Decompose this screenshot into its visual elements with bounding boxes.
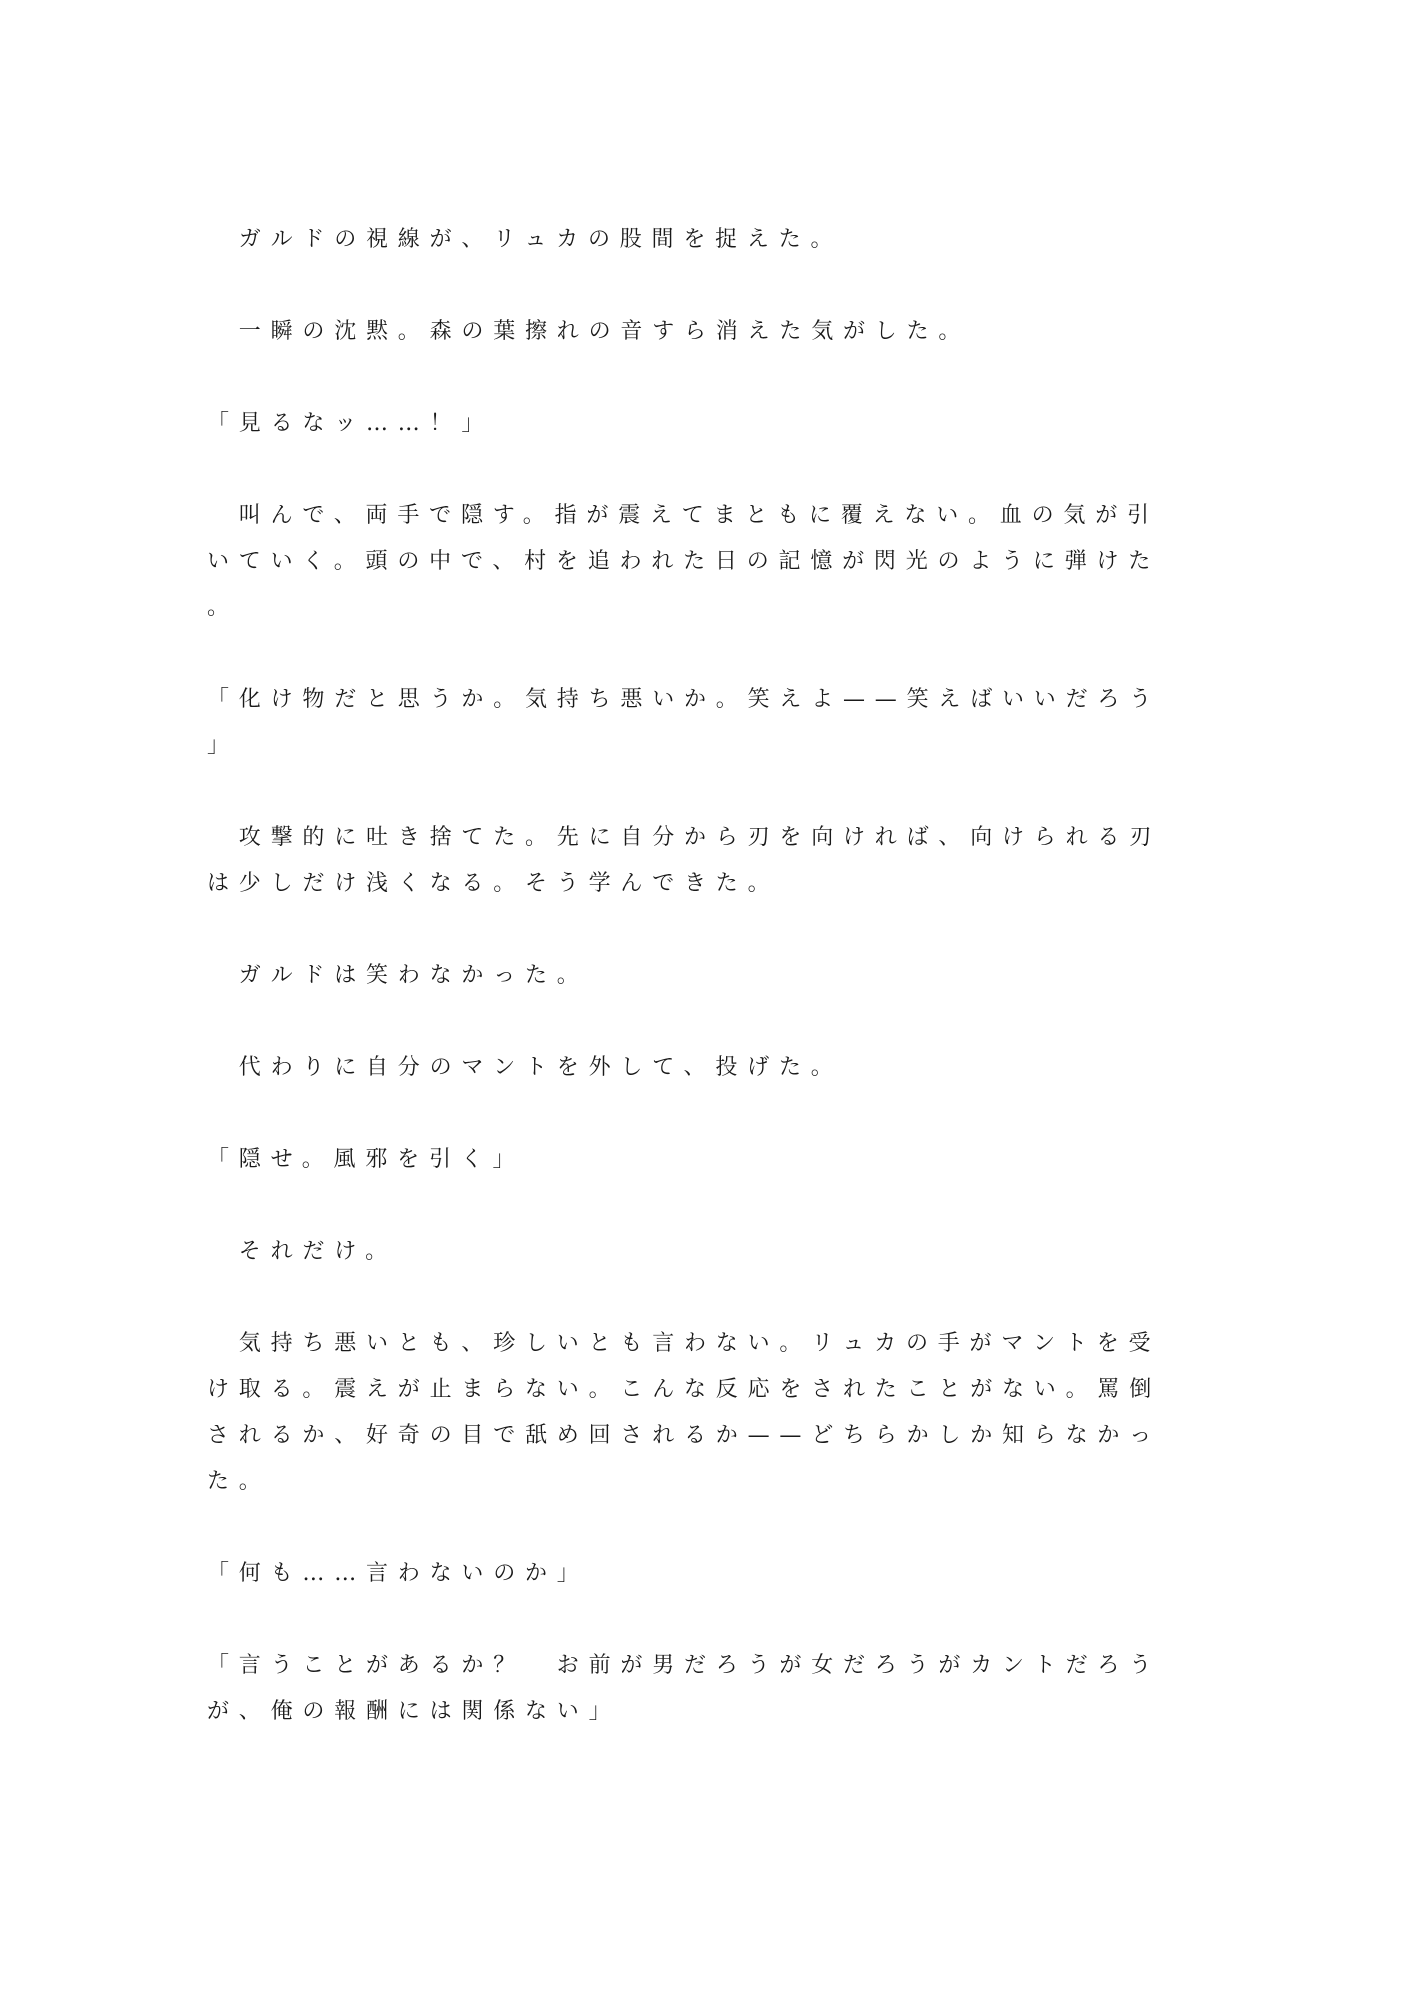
paragraph: 叫んで、両手で隠す。指が震えてまともに覆えない。血の気が引 いていく。頭の中で、… bbox=[207, 493, 1187, 631]
paragraph: 気持ち悪いとも、珍しいとも言わない。リュカの手がマントを受 け取る。震えが止まら… bbox=[207, 1321, 1187, 1505]
text-line: ガルドは笑わなかった。 bbox=[207, 953, 1187, 999]
paragraph: 攻撃的に吐き捨てた。先に自分から刃を向ければ、向けられる刃 は少しだけ浅くなる。… bbox=[207, 815, 1187, 907]
paragraph: それだけ。 bbox=[207, 1229, 1187, 1275]
dialogue-paragraph: 「隠せ。風邪を引く」 bbox=[207, 1137, 1187, 1183]
text-line: いていく。頭の中で、村を追われた日の記憶が閃光のように弾けた bbox=[207, 539, 1187, 585]
text-line: 」 bbox=[207, 723, 1187, 769]
paragraph: 代わりに自分のマントを外して、投げた。 bbox=[207, 1045, 1187, 1091]
paragraph: 一瞬の沈黙。森の葉擦れの音すら消えた気がした。 bbox=[207, 309, 1187, 355]
dialogue-paragraph: 「言うことがあるか？ お前が男だろうが女だろうがカントだろう が、俺の報酬には関… bbox=[207, 1643, 1187, 1735]
text-line: それだけ。 bbox=[207, 1229, 1187, 1275]
text-line: 「言うことがあるか？ お前が男だろうが女だろうがカントだろう bbox=[207, 1643, 1187, 1689]
text-line: け取る。震えが止まらない。こんな反応をされたことがない。罵倒 bbox=[207, 1367, 1187, 1413]
text-line: 「何も……言わないのか」 bbox=[207, 1551, 1187, 1597]
text-line: は少しだけ浅くなる。そう学んできた。 bbox=[207, 861, 1187, 907]
text-line: 攻撃的に吐き捨てた。先に自分から刃を向ければ、向けられる刃 bbox=[207, 815, 1187, 861]
dialogue-paragraph: 「化け物だと思うか。気持ち悪いか。笑えよ——笑えばいいだろう 」 bbox=[207, 677, 1187, 769]
text-line: 一瞬の沈黙。森の葉擦れの音すら消えた気がした。 bbox=[207, 309, 1187, 355]
text-line: た。 bbox=[207, 1459, 1187, 1505]
document-page: ガルドの視線が、リュカの股間を捉えた。 一瞬の沈黙。森の葉擦れの音すら消えた気が… bbox=[0, 0, 1415, 2000]
text-line: 叫んで、両手で隠す。指が震えてまともに覆えない。血の気が引 bbox=[207, 493, 1187, 539]
text-line: されるか、好奇の目で舐め回されるか——どちらかしか知らなかっ bbox=[207, 1413, 1187, 1459]
text-line: ガルドの視線が、リュカの股間を捉えた。 bbox=[207, 217, 1187, 263]
text-line: 気持ち悪いとも、珍しいとも言わない。リュカの手がマントを受 bbox=[207, 1321, 1187, 1367]
text-line: 「隠せ。風邪を引く」 bbox=[207, 1137, 1187, 1183]
dialogue-paragraph: 「見るなッ……！」 bbox=[207, 401, 1187, 447]
text-line: 「見るなッ……！」 bbox=[207, 401, 1187, 447]
paragraph: ガルドは笑わなかった。 bbox=[207, 953, 1187, 999]
body-text: ガルドの視線が、リュカの股間を捉えた。 一瞬の沈黙。森の葉擦れの音すら消えた気が… bbox=[207, 217, 1187, 1781]
dialogue-paragraph: 「何も……言わないのか」 bbox=[207, 1551, 1187, 1597]
text-line: 「化け物だと思うか。気持ち悪いか。笑えよ——笑えばいいだろう bbox=[207, 677, 1187, 723]
text-line: 代わりに自分のマントを外して、投げた。 bbox=[207, 1045, 1187, 1091]
text-line: 。 bbox=[207, 585, 1187, 631]
paragraph: ガルドの視線が、リュカの股間を捉えた。 bbox=[207, 217, 1187, 263]
text-line: が、俺の報酬には関係ない」 bbox=[207, 1689, 1187, 1735]
